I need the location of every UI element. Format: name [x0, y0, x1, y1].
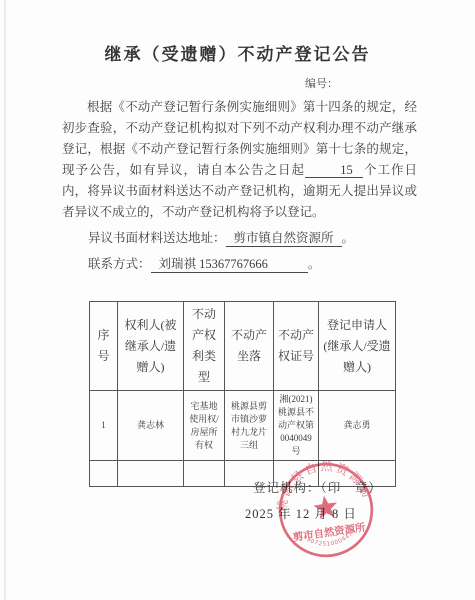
cell-right-type: 宅基地使用权/房屋所有权 [184, 391, 225, 461]
contact-label: 联系方式： [88, 257, 151, 271]
working-days-value: 15 [340, 163, 353, 177]
footer: 登记机构：（印 章） 2025 年 12 月 8 日 桃源县自然资源局 剪市自然… [0, 460, 475, 600]
address-line-period: 。 [342, 231, 355, 245]
doc-number-line: 编号： [305, 75, 475, 91]
contact-line: 联系方式：刘瑞祺 15367767666。 [88, 253, 417, 275]
cell-right-holder: 龚志林 [118, 391, 184, 461]
working-days-blank: 15 [305, 163, 363, 178]
table-row: 1 龚志林 宅基地使用权/房屋所有权 桃源县剪市镇沙萝村九龙片三组 湘(2021… [90, 391, 396, 461]
contact-line-period: 。 [308, 257, 321, 271]
objection-address-label: 异议书面材料送达地址： [88, 231, 226, 245]
document-page: 继承（受遗赠）不动产登记公告 编号： 根据《不动产登记暂行条例实施细则》第十四条… [0, 0, 475, 600]
official-seal: 桃源县自然资源局 剪市自然资源所 43072510004474 [270, 454, 383, 567]
doc-number-label: 编号： [305, 78, 338, 90]
cell-location: 桃源县剪市镇沙萝村九龙片三组 [225, 391, 274, 461]
header-seq: 序号 [90, 302, 118, 391]
contact-value: 刘瑞祺 15367767666 [151, 257, 308, 273]
header-right-holder: 权利人(被继承人/遗赠人) [118, 302, 184, 391]
seal-star-icon [312, 494, 339, 520]
objection-address-value: 剪市镇自然资源所 [226, 231, 342, 247]
document-title: 继承（受遗赠）不动产登记公告 [0, 0, 475, 65]
cell-cert-number: 湘(2021)桃源县不动产权第0040049号 [274, 391, 319, 461]
table-header-row: 序号 权利人(被继承人/遗赠人) 不动产权利类型 不动产坐落 不动产权证号 登记… [90, 302, 396, 391]
header-applicant: 登记申请人(继承人/受遗赠人) [319, 302, 396, 391]
header-cert-number: 不动产权证号 [274, 302, 319, 391]
notice-paragraph: 根据《不动产登记暂行条例实施细则》第十四条的规定，经初步查验，不动产登记机构拟对… [62, 97, 417, 223]
objection-address-line: 异议书面材料送达地址：剪市镇自然资源所。 [88, 227, 417, 249]
header-right-type: 不动产权利类型 [184, 302, 225, 391]
cell-applicant: 龚志勇 [319, 391, 396, 461]
header-location: 不动产坐落 [225, 302, 274, 391]
cell-seq: 1 [90, 391, 118, 461]
